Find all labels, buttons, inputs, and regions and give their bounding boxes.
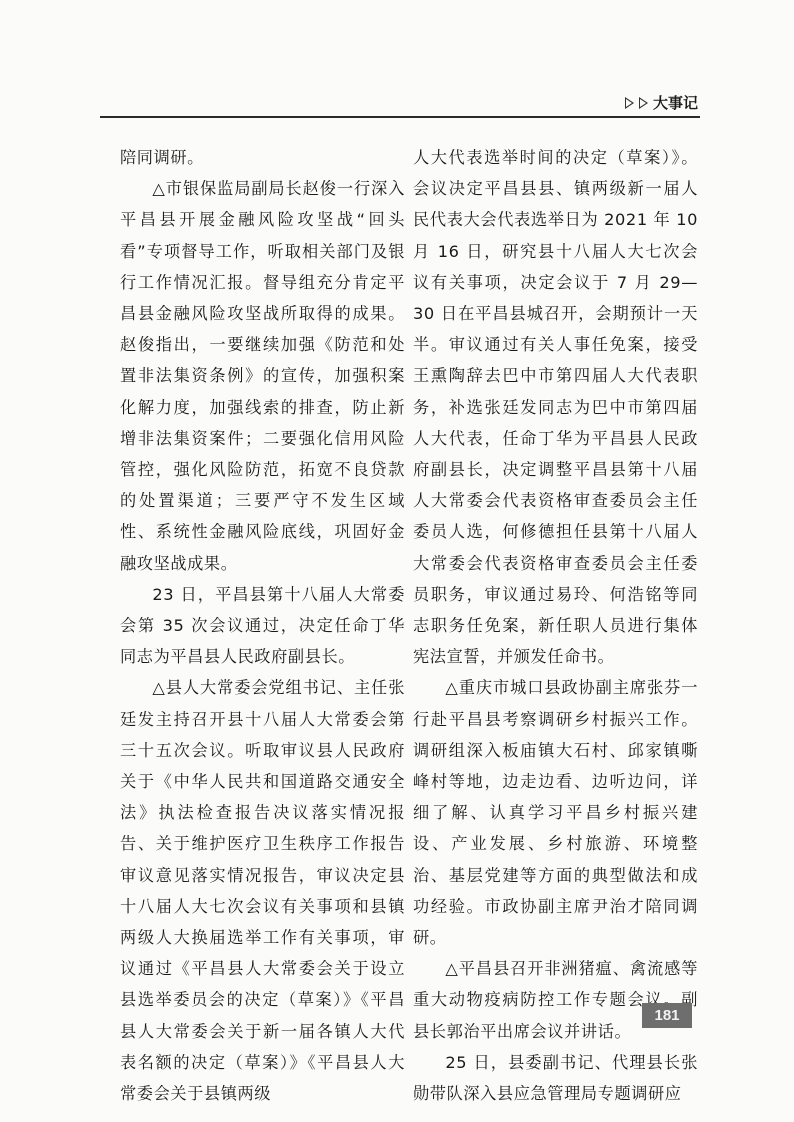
paragraph: 人大代表选举时间的决定（草案）》。会议决定平昌县县、镇两级新一届人民代表大会代表… — [413, 142, 698, 672]
section-label: 大事记 — [625, 92, 698, 113]
paragraph: △市银保监局副局长赵俊一行深入平昌县开展金融风险攻坚战“回头看”专项督导工作，听… — [120, 173, 405, 579]
paragraph: △县人大常委会党组书记、主任张廷发主持召开县十八届人大常委会第三十五次会议。听取… — [120, 672, 405, 1109]
paragraph: △重庆市城口县政协副主席张芬一行赴平昌县考察调研乡村振兴工作。调研组深入板庙镇大… — [413, 672, 698, 953]
paragraph: 23 日，平昌县第十八届人大常委会第 35 次会议通过，决定任命丁华同志为平昌县… — [120, 579, 405, 673]
page-number-badge: 181 — [642, 1003, 692, 1028]
paragraph: 陪同调研。 — [120, 142, 405, 173]
running-header: 大事记 — [100, 88, 700, 118]
triangle-right-icon — [625, 97, 634, 109]
triangle-right-icon — [639, 97, 648, 109]
right-column: 人大代表选举时间的决定（草案）》。会议决定平昌县县、镇两级新一届人民代表大会代表… — [413, 142, 698, 1109]
section-title: 大事记 — [653, 92, 698, 113]
left-column: 陪同调研。 △市银保监局副局长赵俊一行深入平昌县开展金融风险攻坚战“回头看”专项… — [120, 142, 405, 1109]
paragraph: △平昌县召开非洲猪瘟、禽流感等重大动物疫病防控工作专题会议。副县长郭治平出席会议… — [413, 953, 698, 1047]
paragraph: 25 日，县委副书记、代理县长张勋带队深入县应急管理局专题调研应 — [413, 1047, 698, 1109]
